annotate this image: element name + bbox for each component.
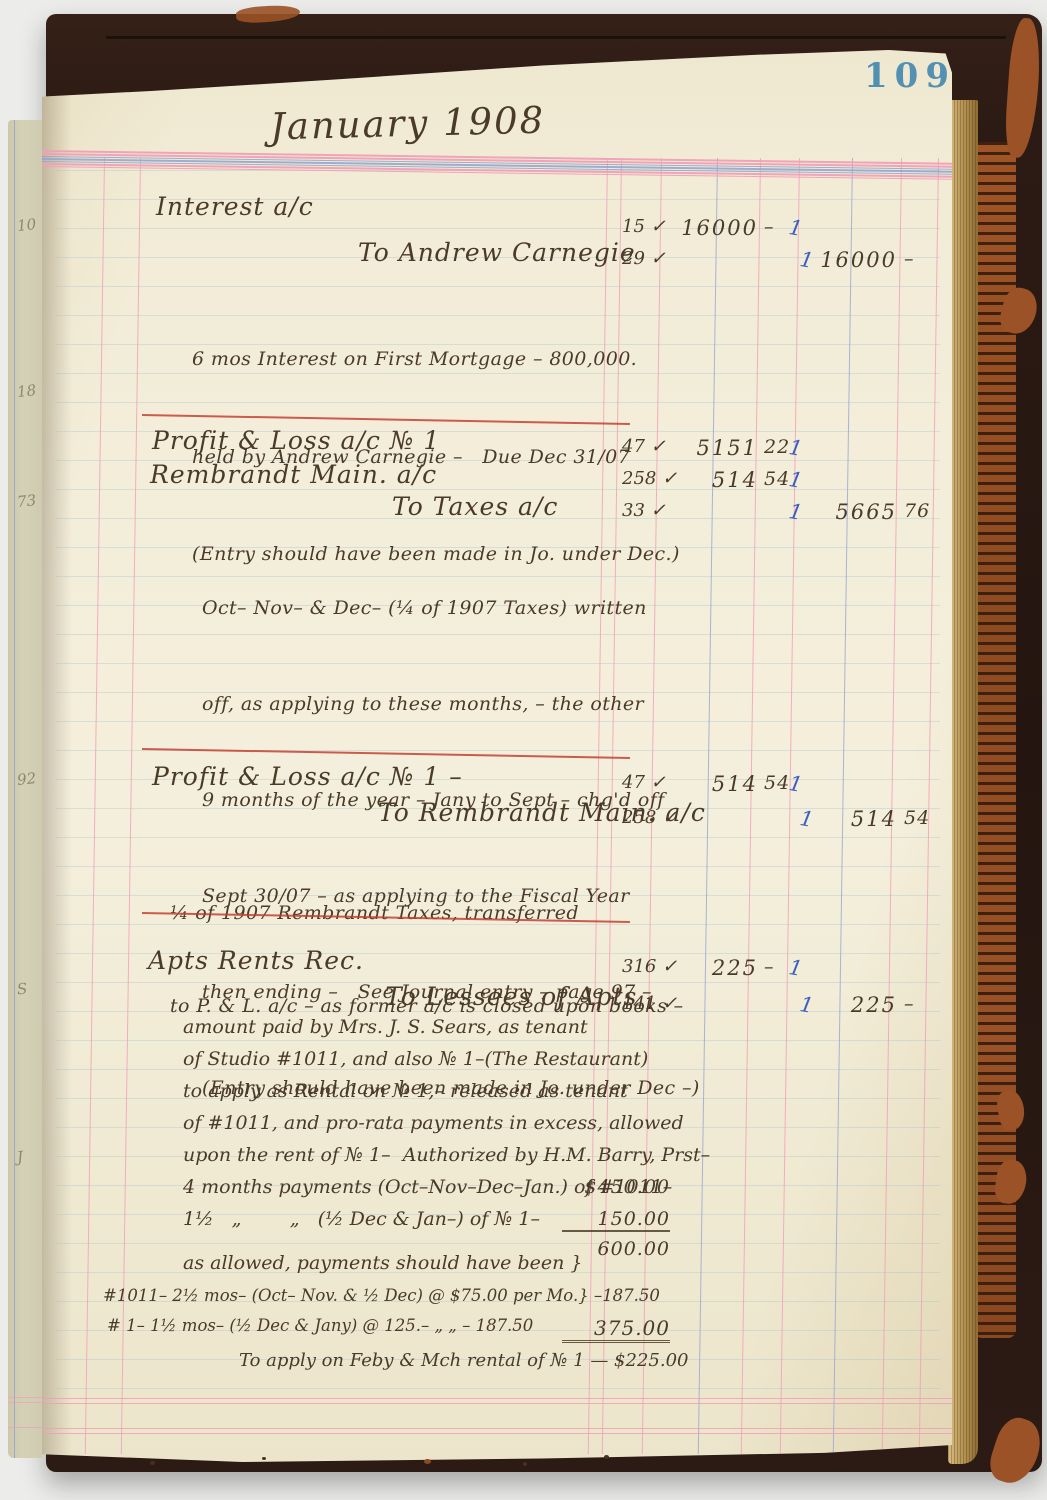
ledger-page: 109 January 1908 Interest a/c 15 ✓ 16000… [42,50,952,1462]
debit-amount: 514 [642,468,758,492]
credit-amount: 225 [782,993,897,1017]
debit-cents: – [764,216,775,238]
screenshot-root: { "page": { "number": "109", "title": "J… [0,0,1047,1500]
page-number-stamp: 109 [864,56,956,96]
credit-cents: 54 [904,807,930,829]
account-line: To Andrew Carnegie [358,238,636,267]
margin-fragment: 18 [16,381,37,401]
account-line: To Lessees of Apts [385,982,637,1011]
debris-crumb [150,1461,155,1465]
note-line: amount paid by Mrs. J. S. Sears, as tena… [183,1016,588,1038]
note-line: of Studio #1011, and also № 1–(The Resta… [183,1048,648,1070]
credit-cents: – [904,248,915,270]
note-line: 1½ „ „ (½ Dec & Jan–) of № 1– [183,1208,540,1230]
credit-amount: 514 [782,807,897,831]
note-line: of #1011, and pro-rata payments in exces… [183,1112,684,1134]
note-line: # 1– 1½ mos– (½ Dec & Jany) @ 125.– „ „ … [107,1316,533,1335]
note-line: Oct– Nov– & Dec– (¼ of 1907 Taxes) writt… [202,592,700,624]
debit-amount: 514 [642,772,758,796]
debris-crumb [262,1457,266,1460]
margin-fragment: 10 [16,215,37,235]
footer-ruling [42,1398,952,1399]
debris-crumb [523,1462,527,1466]
note-line: to apply as Rental on № 1,– released as … [183,1080,628,1102]
debit-cents: 54 [764,468,790,490]
page-title: January 1908 [270,99,546,149]
debit-amount: 5151 [642,436,758,460]
margin-fragment: 92 [16,769,37,789]
debit-cents: – [764,956,775,978]
debris-crumb [604,1455,609,1459]
note-line: #1011– 2½ mos– (Oct– Nov. & ½ Dec) @ $75… [103,1286,660,1305]
note-amount: 375.00 [562,1316,670,1343]
account-line: Profit & Loss a/c № 1 – [152,762,463,791]
debit-cents: 54 [764,772,790,794]
credit-amount: 16000 [782,248,897,272]
note-line: off, as applying to these months, – the … [202,688,700,720]
folio-number: 258 ✓ [622,807,676,828]
note-line: 6 mos Interest on First Mortgage – 800,0… [192,343,680,376]
facing-page-rule [14,120,15,1458]
note-amount: 150.00 [562,1208,670,1232]
account-line: To Taxes a/c [392,492,558,521]
folio-number: 33 ✓ [622,500,676,521]
account-line: Interest a/c [156,192,314,221]
note-line: To apply on Feby & Mch rental of № 1 — $… [239,1350,688,1371]
margin-fragment: S [16,980,28,999]
facing-page-edge: 10 18 73 92 S J [8,120,42,1458]
debit-amount: 225 [642,956,758,980]
margin-fragment: J [16,1148,24,1167]
note-line: upon the rent of № 1– Authorized by H.M.… [183,1144,710,1166]
debris-crumb [424,1459,431,1464]
cover-groove [106,36,1006,39]
note-amount: $450.00 [562,1176,670,1198]
credit-cents: 76 [904,500,930,522]
account-line: Rembrandt Main. a/c [150,460,437,489]
credit-amount: 5665 [782,500,897,524]
note-line: as allowed, payments should have been } [183,1252,582,1274]
page-stack-edge [948,100,978,1464]
folio-number: 141 ✓ [622,993,676,1014]
debit-amount: 16000 [642,216,758,240]
account-line: Profit & Loss a/c № 1 [152,426,440,455]
account-line: Apts Rents Rec. [148,946,364,975]
margin-fragment: 73 [16,491,37,511]
folio-number: 29 ✓ [622,248,676,269]
debit-cents: 22 [764,436,790,458]
credit-cents: – [904,993,915,1015]
